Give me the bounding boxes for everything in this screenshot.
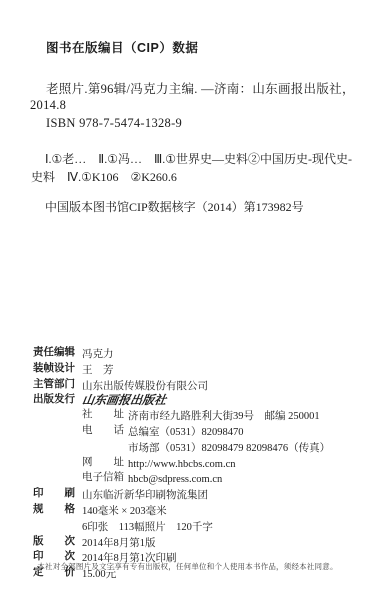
phone-value: 总编室（0531）82098470 <box>128 427 244 438</box>
format-value: 140毫米 × 203毫米 <box>82 506 167 517</box>
email-value: hbcb@sdpress.com.cn <box>128 474 222 485</box>
editor-value: 冯克力 <box>82 349 114 360</box>
editor-label: 责任编辑 <box>33 346 82 360</box>
website-label: 网 址 <box>82 456 128 470</box>
publisher-logotype: 山东画报出版社 <box>81 394 167 408</box>
website-value: http://www.hbcbs.com.cn <box>128 459 236 470</box>
publisher-label: 出版发行 <box>33 393 82 407</box>
publisher-row: 出版发行山东画报出版社 <box>33 393 369 408</box>
format-row: 规 格140毫米 × 203毫米 <box>33 503 369 519</box>
copyright-page: 图书在版编目（CIP）数据 老照片.第96辑/冯克力主编. —济南：山东画报出版… <box>0 0 375 604</box>
email-row: 电子信箱hbcb@sdpress.com.cn <box>82 471 369 487</box>
copyright-notice: 本社对全部图片及文字享有专有出版权，任何单位和个人使用本书作品，须经本社同意。 <box>0 561 375 572</box>
authority-value: 山东出版传媒股份有限公司 <box>82 381 208 392</box>
format-value-2: 6印张 113幅照片 120千字 <box>82 522 213 533</box>
format-row-2: 6印张 113幅照片 120千字 <box>82 519 369 535</box>
design-row: 装帧设计王 芳 <box>33 362 369 378</box>
design-value: 王 芳 <box>82 365 114 376</box>
phone-value-2: 市场部（0531）82098479 82098476（传真） <box>128 443 330 454</box>
printer-label: 印 刷 <box>33 487 82 501</box>
authority-row: 主管部门山东出版传媒股份有限公司 <box>33 378 369 394</box>
format-label: 规 格 <box>33 503 82 517</box>
cip-record-number: 中国版本图书馆CIP数据核字（2014）第173982号 <box>45 198 304 215</box>
cip-header: 图书在版编目（CIP）数据 <box>46 38 198 56</box>
authority-label: 主管部门 <box>33 378 82 392</box>
classification-line-2: 史料 Ⅳ.①K106 ②K260.6 <box>31 168 177 185</box>
edition-value: 2014年8月第1版 <box>82 538 156 549</box>
edition-label: 版 次 <box>33 535 82 549</box>
editor-row: 责任编辑冯克力 <box>33 346 369 362</box>
phone-row-2: 市场部（0531）82098479 82098476（传真） <box>128 440 369 456</box>
book-entry-line-1: 老照片.第96辑/冯克力主编. —济南：山东画报出版社， <box>46 79 355 97</box>
address-value: 济南市经九路胜利大街39号 邮编 250001 <box>128 411 320 422</box>
phone-row: 电 话总编室（0531）82098470 <box>82 424 369 440</box>
design-label: 装帧设计 <box>33 362 82 376</box>
website-row: 网 址http://www.hbcbs.com.cn <box>82 456 369 472</box>
email-label: 电子信箱 <box>82 471 128 485</box>
colophon: 责任编辑冯克力 装帧设计王 芳 主管部门山东出版传媒股份有限公司 出版发行山东画… <box>33 346 369 582</box>
classification-line-1: Ⅰ.①老… Ⅱ.①冯… Ⅲ.①世界史—史料②中国历史-现代史- <box>45 150 352 167</box>
address-row: 社 址济南市经九路胜利大街39号 邮编 250001 <box>82 408 369 424</box>
phone-label: 电 话 <box>82 424 128 438</box>
edition-row: 版 次2014年8月第1版 <box>33 535 369 551</box>
printer-value: 山东临沂新华印刷物流集团 <box>82 490 208 501</box>
address-label: 社 址 <box>82 408 128 422</box>
isbn-line: ISBN 978-7-5474-1328-9 <box>46 116 182 131</box>
book-entry-line-2: 2014.8 <box>30 98 66 113</box>
printer-row: 印 刷山东临沂新华印刷物流集团 <box>33 487 369 503</box>
